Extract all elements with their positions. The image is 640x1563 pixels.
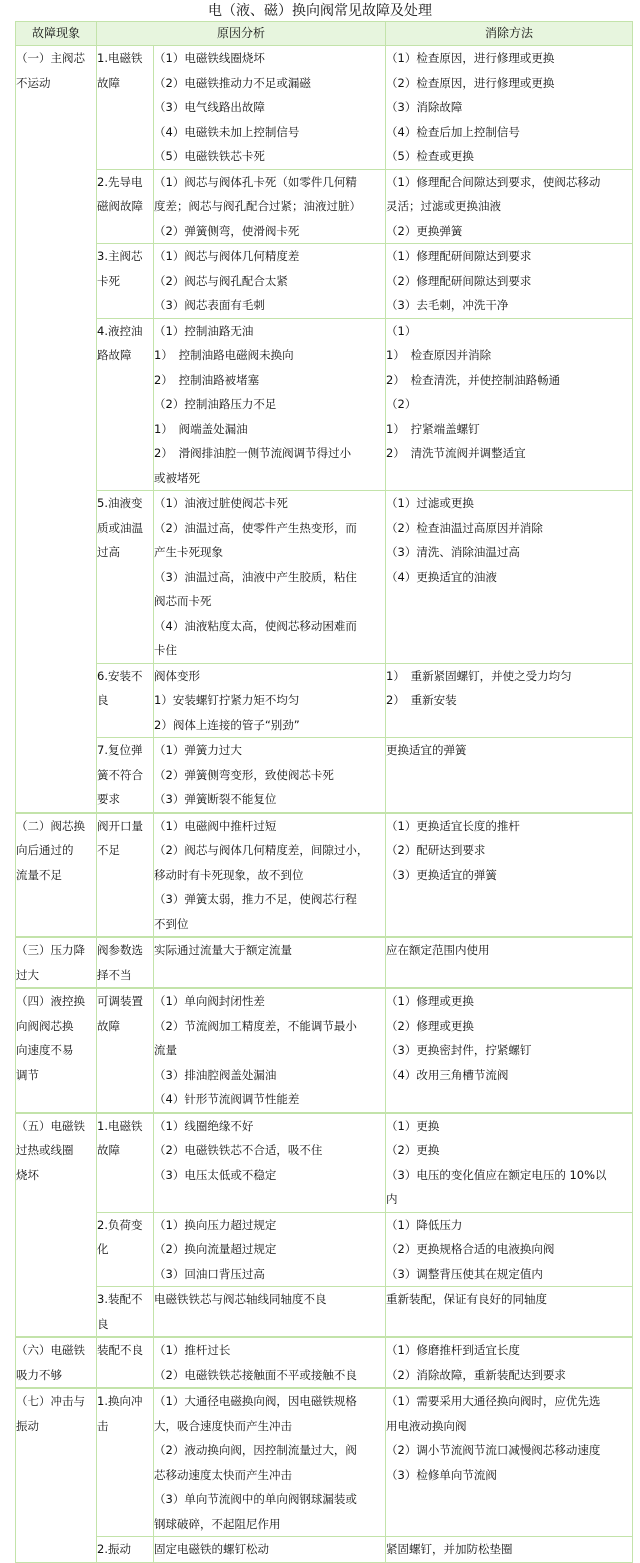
cause-text: （2）油温过高，使零件产生热变形，而	[154, 516, 385, 541]
cause-text: （2）电磁铁铁芯不合适，吸不住	[154, 1138, 385, 1163]
subcause-text: 化	[97, 1237, 153, 1262]
fix-text: （3）检修单向节流阀	[386, 1463, 632, 1488]
cause-text: （5）电磁铁铁芯卡死	[154, 144, 385, 169]
symptom-text: 向后通过的	[16, 838, 96, 863]
cause-text: （4）油液粘度太高，使阀芯移动困难而	[154, 614, 385, 639]
fix-text: （1）修理或更换	[386, 989, 632, 1014]
cause-text: 2） 控制油路被堵塞	[154, 368, 385, 393]
subcause-text: 1.换向冲	[97, 1389, 153, 1414]
subcause-cell: 1.换向冲击	[97, 1388, 154, 1537]
symptom-text: 振动	[16, 1414, 96, 1439]
cause-text: 或被堵死	[154, 466, 385, 491]
cause-text: （3）回油口背压过高	[154, 1262, 385, 1287]
cause-text: 芯移动速度太快而产生冲击	[154, 1463, 385, 1488]
cause-text: （2）控制油路压力不足	[154, 392, 385, 417]
cause-text: （1）单向阀封闭性差	[154, 989, 385, 1014]
subcause-text: 路故障	[97, 343, 153, 368]
cause-cell: （1）线圈绝缘不好（2）电磁铁铁芯不合适，吸不住（3）电压太低或不稳定	[154, 1113, 386, 1213]
cause-text: 阀芯而卡死	[154, 589, 385, 614]
subcause-text: 4.液控油	[97, 319, 153, 344]
cause-text: （3）弹簧断裂不能复位	[154, 787, 385, 812]
cause-text: （2）换向流量超过规定	[154, 1237, 385, 1262]
cause-text: 1）安装螺钉拧紧力矩不均匀	[154, 688, 385, 713]
fix-text: （2）消除故障，重新装配达到要求	[386, 1363, 632, 1388]
symptom-text: （三）压力降	[16, 938, 96, 963]
symptom-cell: （五）电磁铁过热或线圈烧坏	[16, 1113, 97, 1338]
cause-text: （1）电磁铁线圈烧坏	[154, 46, 385, 71]
cause-text: 固定电磁铁的螺钉松动	[154, 1537, 385, 1557]
fix-cell: 1） 重新紧固螺钉，并使之受力均匀2） 重新安装	[386, 663, 633, 738]
cause-cell: （1）单向阀封闭性差（2）节流阀加工精度差，不能调节最小流量（3）排油腔阀盖处漏…	[154, 988, 386, 1113]
fix-text: （2）配研达到要求	[386, 838, 632, 863]
fix-text: （1）修理配研间隙达到要求	[386, 244, 632, 269]
cause-text: （1）弹簧力过大	[154, 738, 385, 763]
subcause-cell: 2.负荷变化	[97, 1212, 154, 1287]
subcause-text: 卡死	[97, 269, 153, 294]
fix-cell: （1）修理配研间隙达到要求（2）修理配研间隙达到要求（3）去毛刺，冲洗干净	[386, 244, 633, 319]
cause-text: 2） 滑阀排油腔一侧节流阀调节得过小	[154, 441, 385, 466]
subcause-text: 不足	[97, 838, 153, 863]
cause-text: （2）液动换向阀，因控制流量过大，阀	[154, 1438, 385, 1463]
cause-text: 钢球破碎，不起阻尼作用	[154, 1512, 385, 1537]
cause-text: （3）排油腔阀盖处漏油	[154, 1063, 385, 1088]
fix-text: 2） 清洗节流阀并调整适宜	[386, 441, 632, 466]
header-symptom: 故障现象	[16, 22, 97, 46]
fix-cell: （1）1） 检查原因并消除2） 检查清洗，并使控制油路畅通（2）1） 拧紧端盖螺…	[386, 318, 633, 491]
subcause-text: 3.装配不	[97, 1287, 153, 1312]
cause-cell: 固定电磁铁的螺钉松动	[154, 1537, 386, 1558]
fix-text: （1）	[386, 319, 632, 344]
cause-text: 1） 控制油路电磁阀未换向	[154, 343, 385, 368]
cause-text: （4）针形节流阀调节性能差	[154, 1087, 385, 1112]
cause-cell: （1）弹簧力过大（2）弹簧侧弯变形，致使阀芯卡死（3）弹簧断裂不能复位	[154, 738, 386, 813]
fix-text: （2）更换规格合适的电液换向阀	[386, 1237, 632, 1262]
cause-cell: 阀体变形1）安装螺钉拧紧力矩不均匀2）阀体上连接的管子“别劲”	[154, 663, 386, 738]
symptom-text: （六）电磁铁	[16, 1338, 96, 1363]
fault-table: 故障现象 原因分析 消除方法 （一）主阀芯不运动1.电磁铁故障（1）电磁铁线圈烧…	[15, 21, 633, 1557]
table-body: （一）主阀芯不运动1.电磁铁故障（1）电磁铁线圈烧坏（2）电磁铁推动力不足或漏磁…	[16, 46, 633, 1558]
symptom-cell: （一）主阀芯不运动	[16, 46, 97, 813]
table-row: （六）电磁铁吸力不够装配不良（1）推杆过长（2）电磁铁铁芯接触面不平或接触不良（…	[16, 1337, 633, 1388]
table-row: （四）液控换向阀阀芯换向速度不易调节可调装置故障（1）单向阀封闭性差（2）节流阀…	[16, 988, 633, 1113]
fix-text: （2）修理或更换	[386, 1014, 632, 1039]
cause-text: （2）阀芯与阀体几何精度差，间隙过小，	[154, 838, 385, 863]
table-title: 电（液、磁）换向阀常见故障及处理	[0, 0, 640, 22]
cause-text: （1）阀芯与阀体孔卡死（如零件几何精	[154, 170, 385, 195]
fix-text: 2） 检查清洗，并使控制油路畅通	[386, 368, 632, 393]
cause-text: （2）弹簧侧弯变形，致使阀芯卡死	[154, 763, 385, 788]
table-row: 2.振动固定电磁铁的螺钉松动紧固螺钉，并加防松垫圈	[16, 1537, 633, 1558]
cause-text: （4）电磁铁未加上控制信号	[154, 120, 385, 145]
symptom-text: 过热或线圈	[16, 1138, 96, 1163]
subcause-text: 1.电磁铁	[97, 1114, 153, 1139]
symptom-text: （四）液控换	[16, 989, 96, 1014]
symptom-text: 烧坏	[16, 1163, 96, 1188]
subcause-cell: 4.液控油路故障	[97, 318, 154, 491]
fix-text: （3）去毛刺，冲洗干净	[386, 293, 632, 318]
cause-cell: （1）电磁阀中推杆过短（2）阀芯与阀体几何精度差，间隙过小，移动时有卡死现象，故…	[154, 813, 386, 938]
fix-text: （4）检查后加上控制信号	[386, 120, 632, 145]
symptom-cell: （三）压力降过大	[16, 937, 97, 988]
cause-cell: （1）油液过脏使阀芯卡死（2）油温过高，使零件产生热变形，而产生卡死现象（3）油…	[154, 491, 386, 664]
cause-text: 度差；阀芯与阀孔配合过紧；油液过脏）	[154, 194, 385, 219]
subcause-text: 阀开口量	[97, 814, 153, 839]
fix-text: （2）	[386, 392, 632, 417]
fix-text: 重新装配，保证有良好的同轴度	[386, 1287, 632, 1312]
fix-cell: （1）修理配合间隙达到要求，使阀芯移动灵活；过滤或更换油液（2）更换弹簧	[386, 169, 633, 244]
fix-text: 1） 拧紧端盖螺钉	[386, 417, 632, 442]
fix-text: （2）检查原因，进行修理或更换	[386, 71, 632, 96]
cause-text: 实际通过流量大于额定流量	[154, 938, 385, 963]
subcause-text: 装配不良	[97, 1338, 153, 1363]
cause-cell: （1）阀芯与阀体孔卡死（如零件几何精度差；阀芯与阀孔配合过紧；油液过脏）（2）弹…	[154, 169, 386, 244]
table-row: 2.先导电磁阀故障（1）阀芯与阀体孔卡死（如零件几何精度差；阀芯与阀孔配合过紧；…	[16, 169, 633, 244]
subcause-cell: 阀参数选择不当	[97, 937, 154, 988]
subcause-text: 7.复位弹	[97, 738, 153, 763]
fix-text: 用电液动换向阀	[386, 1414, 632, 1439]
table-row: （三）压力降过大阀参数选择不当实际通过流量大于额定流量应在额定范围内使用	[16, 937, 633, 988]
cause-text: （2）电磁铁铁芯接触面不平或接触不良	[154, 1363, 385, 1388]
cause-text: （3）单向节流阀中的单向阀钢球漏装或	[154, 1487, 385, 1512]
fix-text: （1）检查原因，进行修理或更换	[386, 46, 632, 71]
cause-text: （1）换向压力超过规定	[154, 1213, 385, 1238]
table-row: 7.复位弹簧不符合要求（1）弹簧力过大（2）弹簧侧弯变形，致使阀芯卡死（3）弹簧…	[16, 738, 633, 813]
symptom-text: 过大	[16, 963, 96, 988]
fix-text: （1）过滤或更换	[386, 491, 632, 516]
symptom-cell: （六）电磁铁吸力不够	[16, 1337, 97, 1388]
fix-text: （1）修磨推杆到适宜长度	[386, 1338, 632, 1363]
subcause-text: 良	[97, 688, 153, 713]
subcause-text: 簧不符合	[97, 763, 153, 788]
fix-text: （3）调整背压使其在规定值内	[386, 1262, 632, 1287]
symptom-text: （五）电磁铁	[16, 1114, 96, 1139]
subcause-text: 3.主阀芯	[97, 244, 153, 269]
table-row: （二）阀芯换向后通过的流量不足阀开口量不足（1）电磁阀中推杆过短（2）阀芯与阀体…	[16, 813, 633, 938]
symptom-text: 不运动	[16, 71, 96, 96]
cause-cell: （1）阀芯与阀体几何精度差（2）阀芯与阀孔配合太紧（3）阀芯表面有毛刺	[154, 244, 386, 319]
cause-cell: （1）大通径电磁换向阀，因电磁铁规格大，吸合速度快而产生冲击（2）液动换向阀，因…	[154, 1388, 386, 1537]
fix-cell: （1）过滤或更换（2）检查油温过高原因并消除（3）清洗、消除油温过高（4）更换适…	[386, 491, 633, 664]
subcause-cell: 装配不良	[97, 1337, 154, 1388]
fix-text: 应在额定范围内使用	[386, 938, 632, 963]
cause-text: （1）大通径电磁换向阀，因电磁铁规格	[154, 1389, 385, 1414]
subcause-text: 质或油温	[97, 516, 153, 541]
cause-cell: （1）换向压力超过规定（2）换向流量超过规定（3）回油口背压过高	[154, 1212, 386, 1287]
cause-cell: （1）电磁铁线圈烧坏（2）电磁铁推动力不足或漏磁（3）电气线路出故障（4）电磁铁…	[154, 46, 386, 170]
symptom-text: 吸力不够	[16, 1363, 96, 1388]
symptom-text: 向速度不易	[16, 1038, 96, 1063]
subcause-cell: 7.复位弹簧不符合要求	[97, 738, 154, 813]
table-row: （五）电磁铁过热或线圈烧坏1.电磁铁故障（1）线圈绝缘不好（2）电磁铁铁芯不合适…	[16, 1113, 633, 1213]
fix-text: （2）调小节流阀节流口减慢阀芯移动速度	[386, 1438, 632, 1463]
cause-text: （3）弹簧太弱，推力不足，使阀芯行程	[154, 887, 385, 912]
subcause-text: 击	[97, 1414, 153, 1439]
cause-text: （1）阀芯与阀体几何精度差	[154, 244, 385, 269]
fix-text: （4）改用三角槽节流阀	[386, 1063, 632, 1088]
symptom-text: 向阀阀芯换	[16, 1014, 96, 1039]
fix-text: （1）更换适宜长度的推杆	[386, 814, 632, 839]
header-cause: 原因分析	[97, 22, 386, 46]
table-row: 5.油液变质或油温过高（1）油液过脏使阀芯卡死（2）油温过高，使零件产生热变形，…	[16, 491, 633, 664]
table-row: 2.负荷变化（1）换向压力超过规定（2）换向流量超过规定（3）回油口背压过高（1…	[16, 1212, 633, 1287]
fix-text: （2）修理配研间隙达到要求	[386, 269, 632, 294]
symptom-cell: （四）液控换向阀阀芯换向速度不易调节	[16, 988, 97, 1113]
symptom-text: （七）冲击与	[16, 1389, 96, 1414]
fix-cell: （1）更换适宜长度的推杆（2）配研达到要求（3）更换适宜的弹簧	[386, 813, 633, 938]
subcause-text: 故障	[97, 1014, 153, 1039]
fix-text: （4）更换适宜的油液	[386, 565, 632, 590]
symptom-text: 流量不足	[16, 863, 96, 888]
subcause-cell: 阀开口量不足	[97, 813, 154, 938]
table-row: 3.装配不良电磁铁铁芯与阀芯轴线同轴度不良重新装配，保证有良好的同轴度	[16, 1287, 633, 1338]
header-fix: 消除方法	[386, 22, 633, 46]
subcause-text: 2.振动	[97, 1537, 153, 1557]
fix-cell: （1）修磨推杆到适宜长度（2）消除故障，重新装配达到要求	[386, 1337, 633, 1388]
fix-cell: 应在额定范围内使用	[386, 937, 633, 988]
table-row: （一）主阀芯不运动1.电磁铁故障（1）电磁铁线圈烧坏（2）电磁铁推动力不足或漏磁…	[16, 46, 633, 170]
fix-cell: （1）修理或更换（2）修理或更换（3）更换密封件，拧紧螺钉（4）改用三角槽节流阀	[386, 988, 633, 1113]
subcause-text: 良	[97, 1312, 153, 1337]
cause-text: （1）控制油路无油	[154, 319, 385, 344]
cause-text: 卡住	[154, 638, 385, 663]
table-row: 4.液控油路故障（1）控制油路无油1） 控制油路电磁阀未换向2） 控制油路被堵塞…	[16, 318, 633, 491]
subcause-text: 2.负荷变	[97, 1213, 153, 1238]
cause-text: 1） 阀端盖处漏油	[154, 417, 385, 442]
table-row: （七）冲击与振动1.换向冲击（1）大通径电磁换向阀，因电磁铁规格大，吸合速度快而…	[16, 1388, 633, 1537]
subcause-cell: 2.先导电磁阀故障	[97, 169, 154, 244]
cause-cell: 电磁铁铁芯与阀芯轴线同轴度不良	[154, 1287, 386, 1338]
fix-text: 1） 检查原因并消除	[386, 343, 632, 368]
fix-text: 灵活；过滤或更换油液	[386, 194, 632, 219]
symptom-cell: （二）阀芯换向后通过的流量不足	[16, 813, 97, 938]
cause-text: （3）电压太低或不稳定	[154, 1163, 385, 1188]
subcause-text: 故障	[97, 71, 153, 96]
fix-cell: 紧固螺钉，并加防松垫圈	[386, 1537, 633, 1558]
subcause-cell: 6.安装不良	[97, 663, 154, 738]
fix-text: 内	[386, 1187, 632, 1212]
fix-cell: （1）降低压力（2）更换规格合适的电液换向阀（3）调整背压使其在规定值内	[386, 1212, 633, 1287]
fix-text: 2） 重新安装	[386, 688, 632, 713]
subcause-cell: 3.主阀芯卡死	[97, 244, 154, 319]
subcause-text: 1.电磁铁	[97, 46, 153, 71]
cause-text: （1）电磁阀中推杆过短	[154, 814, 385, 839]
cause-text: 流量	[154, 1038, 385, 1063]
cause-cell: 实际通过流量大于额定流量	[154, 937, 386, 988]
subcause-cell: 1.电磁铁故障	[97, 1113, 154, 1213]
subcause-text: 5.油液变	[97, 491, 153, 516]
fix-cell: 更换适宜的弹簧	[386, 738, 633, 813]
symptom-text: （一）主阀芯	[16, 46, 96, 71]
fix-text: 紧固螺钉，并加防松垫圈	[386, 1537, 632, 1557]
symptom-cell: （七）冲击与振动	[16, 1388, 97, 1557]
cause-text: （1）线圈绝缘不好	[154, 1114, 385, 1139]
cause-text: （3）电气线路出故障	[154, 95, 385, 120]
subcause-text: 磁阀故障	[97, 194, 153, 219]
fix-cell: （1）需要采用大通径换向阀时，应优先选用电液动换向阀（2）调小节流阀节流口减慢阀…	[386, 1388, 633, 1537]
cause-text: 大，吸合速度快而产生冲击	[154, 1414, 385, 1439]
fix-text: （2）更换	[386, 1138, 632, 1163]
cause-text: 移动时有卡死现象，故不到位	[154, 863, 385, 888]
fix-text: （3）更换适宜的弹簧	[386, 863, 632, 888]
subcause-cell: 2.振动	[97, 1537, 154, 1558]
fix-text: （3）清洗、消除油温过高	[386, 540, 632, 565]
fix-text: （5）检查或更换	[386, 144, 632, 169]
fix-text: （3）电压的变化值应在额定电压的 10%以	[386, 1163, 632, 1188]
fix-text: 1） 重新紧固螺钉，并使之受力均匀	[386, 664, 632, 689]
subcause-text: 故障	[97, 1138, 153, 1163]
cause-cell: （1）控制油路无油1） 控制油路电磁阀未换向2） 控制油路被堵塞（2）控制油路压…	[154, 318, 386, 491]
subcause-cell: 可调装置故障	[97, 988, 154, 1113]
fix-text: （2）检查油温过高原因并消除	[386, 516, 632, 541]
fix-text: （2）更换弹簧	[386, 219, 632, 244]
subcause-text: 可调装置	[97, 989, 153, 1014]
fix-text: （1）降低压力	[386, 1213, 632, 1238]
cause-text: 产生卡死现象	[154, 540, 385, 565]
cause-text: （2）弹簧侧弯，使滑阀卡死	[154, 219, 385, 244]
table-row: 3.主阀芯卡死（1）阀芯与阀体几何精度差（2）阀芯与阀孔配合太紧（3）阀芯表面有…	[16, 244, 633, 319]
fix-text: 更换适宜的弹簧	[386, 738, 632, 763]
subcause-cell: 1.电磁铁故障	[97, 46, 154, 170]
cause-text: （3）阀芯表面有毛刺	[154, 293, 385, 318]
subcause-text: 2.先导电	[97, 170, 153, 195]
cause-cell: （1）推杆过长（2）电磁铁铁芯接触面不平或接触不良	[154, 1337, 386, 1388]
cause-text: 不到位	[154, 912, 385, 937]
cause-text: （2）节流阀加工精度差，不能调节最小	[154, 1014, 385, 1039]
subcause-cell: 3.装配不良	[97, 1287, 154, 1338]
symptom-text: 调节	[16, 1063, 96, 1088]
table-row: 6.安装不良阀体变形1）安装螺钉拧紧力矩不均匀2）阀体上连接的管子“别劲”1） …	[16, 663, 633, 738]
cause-text: （1）推杆过长	[154, 1338, 385, 1363]
subcause-text: 过高	[97, 540, 153, 565]
subcause-text: 择不当	[97, 963, 153, 988]
fix-text: （3）消除故障	[386, 95, 632, 120]
cause-text: 电磁铁铁芯与阀芯轴线同轴度不良	[154, 1287, 385, 1312]
cause-text: （2）阀芯与阀孔配合太紧	[154, 269, 385, 294]
subcause-text: 阀参数选	[97, 938, 153, 963]
cause-text: （3）油温过高，油液中产生胶质，粘住	[154, 565, 385, 590]
fix-cell: （1）检查原因，进行修理或更换（2）检查原因，进行修理或更换（3）消除故障（4）…	[386, 46, 633, 170]
cause-text: （1）油液过脏使阀芯卡死	[154, 491, 385, 516]
fix-cell: 重新装配，保证有良好的同轴度	[386, 1287, 633, 1338]
cause-text: （2）电磁铁推动力不足或漏磁	[154, 71, 385, 96]
fix-text: （3）更换密封件，拧紧螺钉	[386, 1038, 632, 1063]
header-row: 故障现象 原因分析 消除方法	[16, 22, 633, 46]
subcause-text: 6.安装不	[97, 664, 153, 689]
fix-text: （1）修理配合间隙达到要求，使阀芯移动	[386, 170, 632, 195]
fix-text: （1）更换	[386, 1114, 632, 1139]
symptom-text: （二）阀芯换	[16, 814, 96, 839]
fix-cell: （1）更换（2）更换（3）电压的变化值应在额定电压的 10%以内	[386, 1113, 633, 1213]
cause-text: 2）阀体上连接的管子“别劲”	[154, 713, 385, 738]
fix-text: （1）需要采用大通径换向阀时，应优先选	[386, 1389, 632, 1414]
subcause-cell: 5.油液变质或油温过高	[97, 491, 154, 664]
subcause-text: 要求	[97, 787, 153, 812]
cause-text: 阀体变形	[154, 664, 385, 689]
